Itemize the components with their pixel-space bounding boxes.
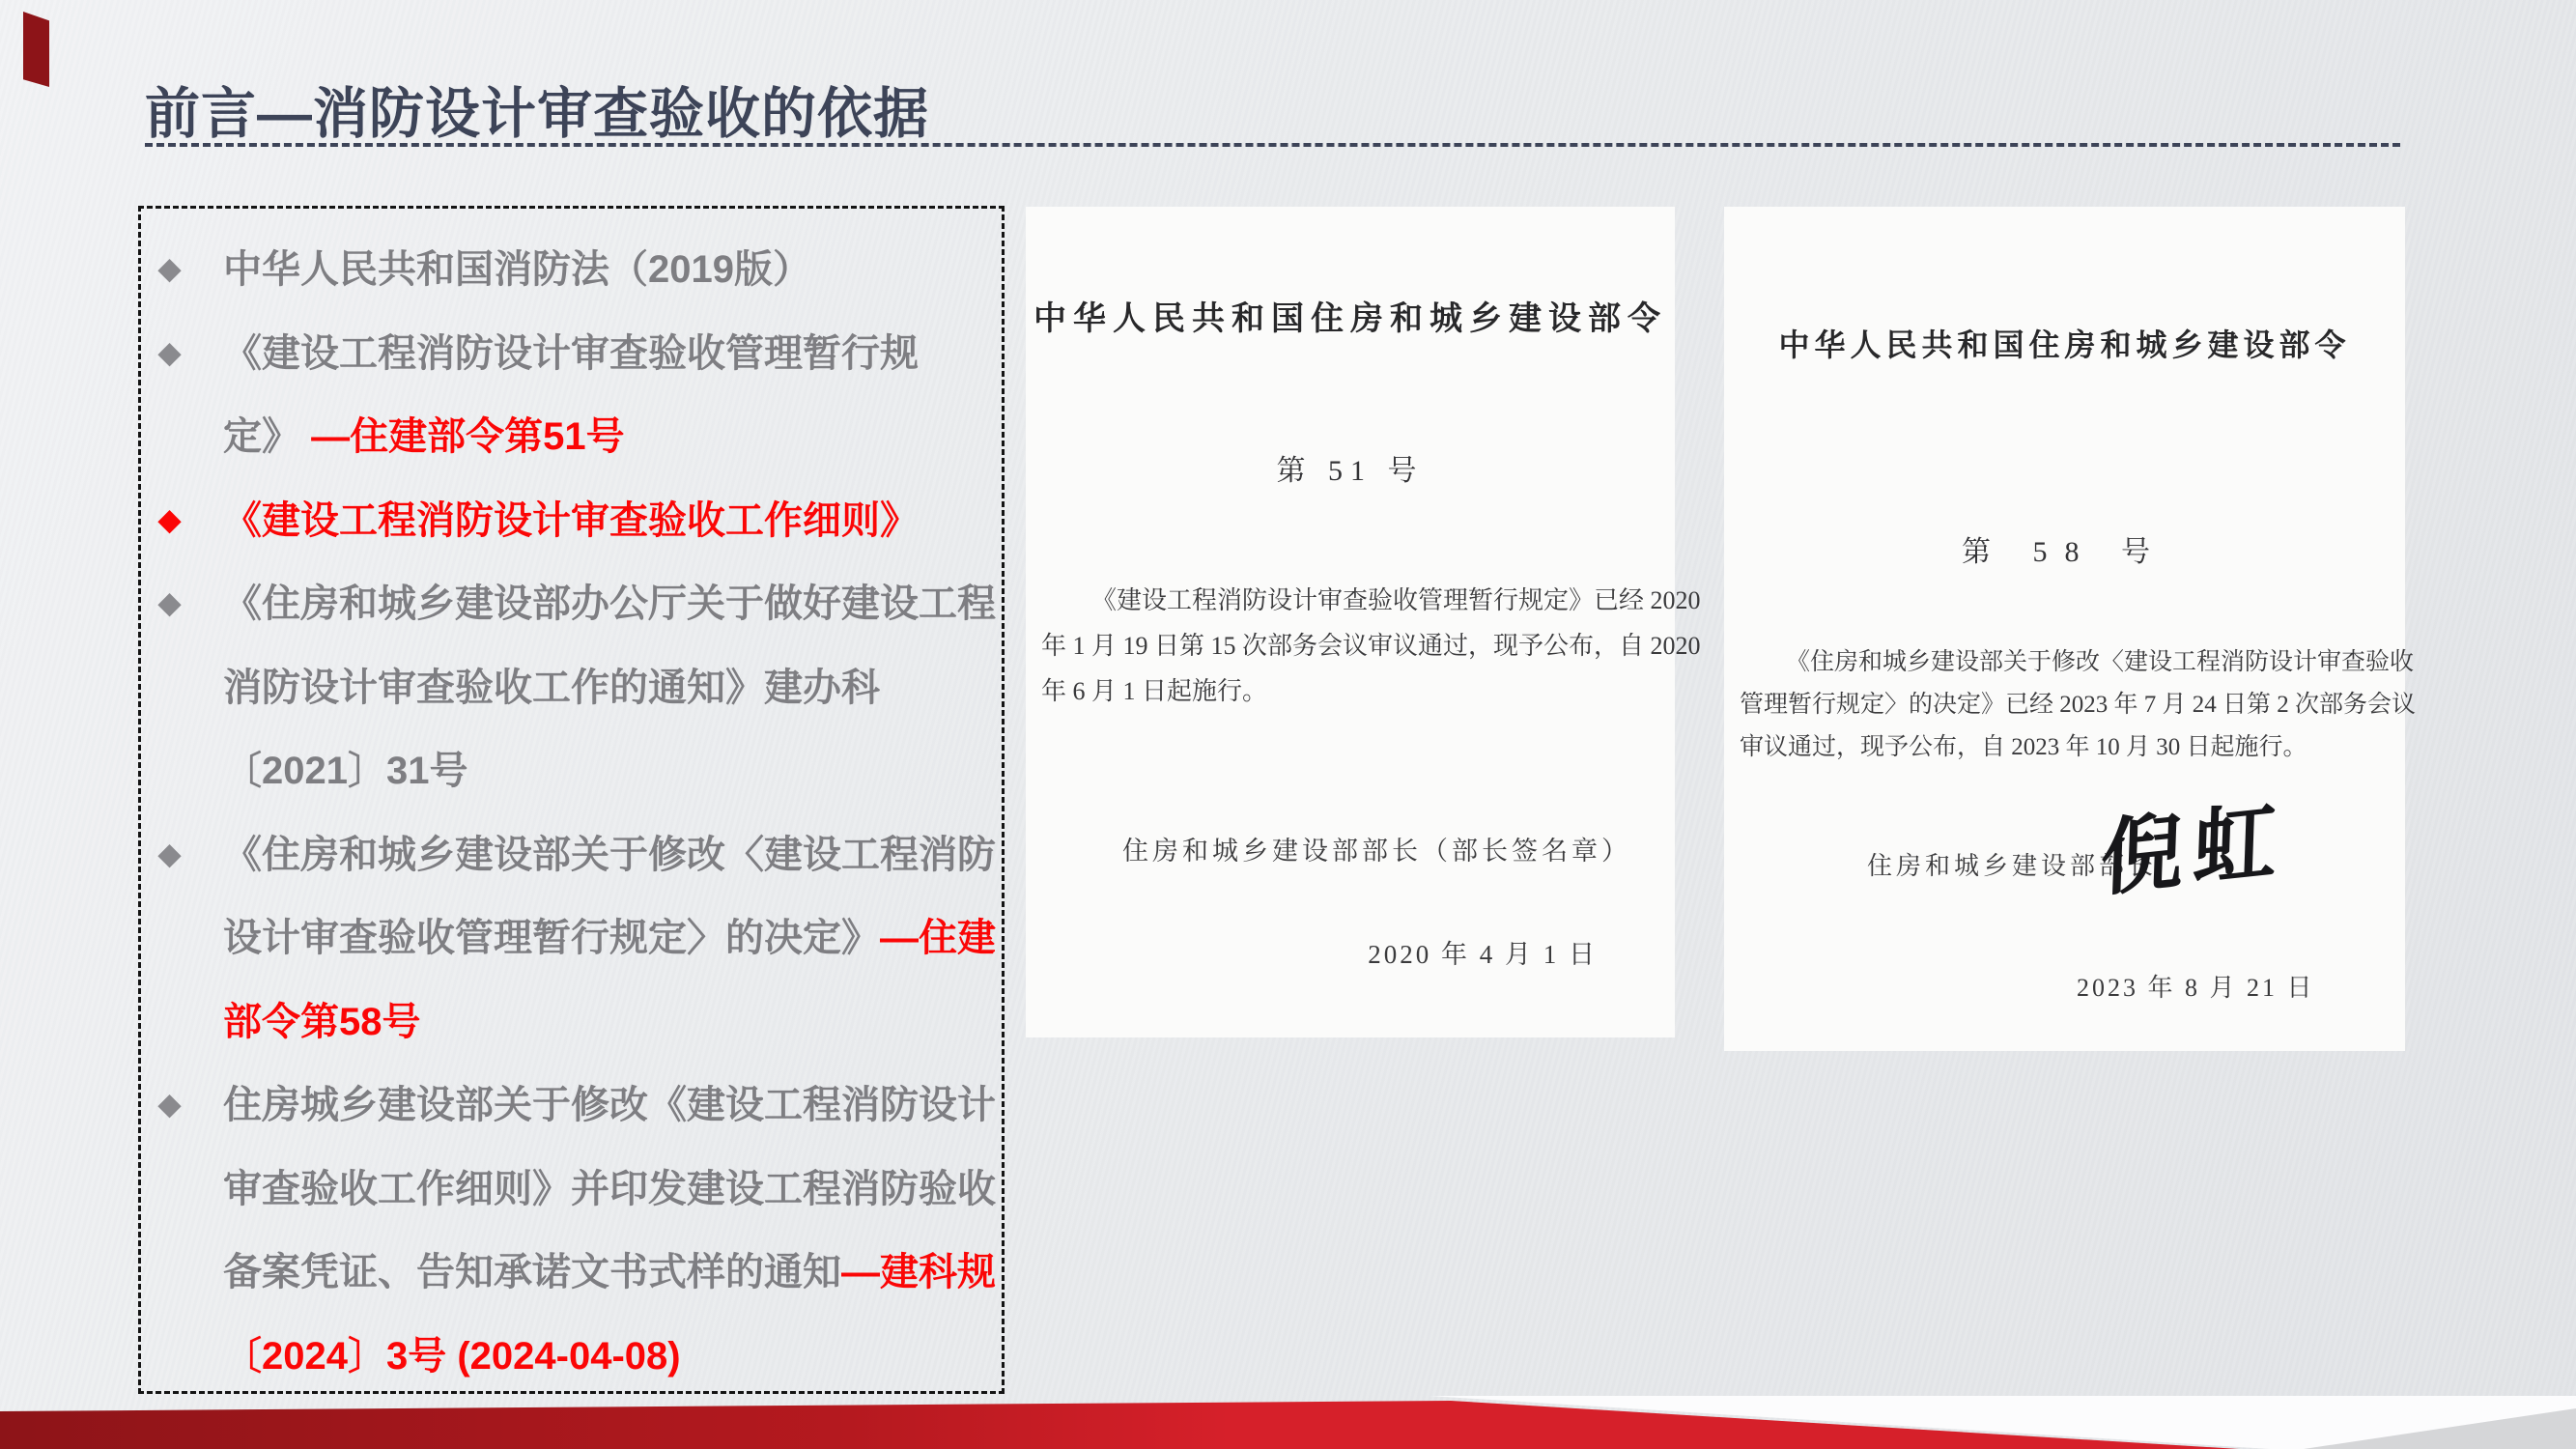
list-item-text: 《住房和城乡建设部办公厅关于做好建设工程 <box>223 582 996 625</box>
diamond-bullet-icon: ◆ <box>158 228 181 312</box>
doc58-body-line: 审议通过，现予公布，自 2023 年 10 月 30 日起施行。 <box>1740 726 2390 769</box>
doc58-body-line: 管理暂行规定〉的决定》已经 2023 年 7 月 24 日第 2 次部务会议 <box>1740 684 2390 726</box>
title-dashed-rule <box>145 114 2400 147</box>
doc51-body-line: 《建设工程消防设计审查验收管理暂行规定》已经 2020 <box>1041 578 1659 623</box>
list-item-text: 《建设工程消防设计审查验收工作细则》 <box>223 499 919 542</box>
list-item-line: 定》 —住建部令第51号 <box>141 395 1002 479</box>
list-item-text: 〔2021〕31号 <box>223 750 467 792</box>
doc58-date: 2023 年 8 月 21 日 <box>2077 968 2315 1004</box>
list-item-line: ◆《建设工程消防设计审查验收管理暂行规 <box>141 312 1002 396</box>
list-item-text: 《建设工程消防设计审查验收管理暂行规 <box>223 332 919 375</box>
doc58-title: 中华人民共和国住房和城乡建设部令 <box>1724 321 2405 365</box>
doc51-body: 《建设工程消防设计审查验收管理暂行规定》已经 2020 年 1 月 19 日第 … <box>1041 578 1659 714</box>
list-item-line: ◆《建设工程消防设计审查验收工作细则》 <box>141 479 1002 563</box>
corner-accent-mark <box>23 12 49 87</box>
doc51-body-line: 年 6 月 1 日起施行。 <box>1041 668 1659 714</box>
regulation-list-box: ◆中华人民共和国消防法（2019版）◆《建设工程消防设计审查验收管理暂行规定》 … <box>138 206 1005 1394</box>
list-item-line: ◆中华人民共和国消防法（2019版） <box>141 228 1002 312</box>
list-item-text: 中华人民共和国消防法（2019版） <box>223 248 811 291</box>
list-item-line: 部令第58号 <box>141 980 1002 1065</box>
doc51-date: 2020 年 4 月 1 日 <box>1368 933 1598 971</box>
diamond-bullet-icon: ◆ <box>158 562 181 646</box>
diamond-bullet-icon: ◆ <box>158 1064 181 1148</box>
bottom-ribbon-decoration <box>0 1396 2576 1449</box>
list-item-line: ◆住房城乡建设部关于修改《建设工程消防设计 <box>141 1064 1002 1148</box>
decree-document-51: 中华人民共和国住房和城乡建设部令 第 51 号 《建设工程消防设计审查验收管理暂… <box>1026 207 1675 1037</box>
list-item-line: 设计审查验收管理暂行规定〉的决定》—住建 <box>141 896 1002 980</box>
diamond-bullet-icon: ◆ <box>158 479 181 563</box>
doc51-title: 中华人民共和国住房和城乡建设部令 <box>1026 292 1675 339</box>
diamond-bullet-icon: ◆ <box>158 312 181 396</box>
minister-handwritten-signature: 倪虹 <box>2099 772 2287 912</box>
list-item-line: 备案凭证、告知承诺文书式样的通知—建科规 <box>141 1231 1002 1315</box>
list-item-line: ◆《住房和城乡建设部办公厅关于做好建设工程 <box>141 562 1002 646</box>
list-item-text: 《住房和城乡建设部关于修改〈建设工程消防 <box>223 834 996 876</box>
list-item-line: 消防设计审查验收工作的通知》建办科 <box>141 646 1002 730</box>
list-item-text: 设计审查验收管理暂行规定〉的决定》 <box>223 917 880 959</box>
list-item-line: 〔2021〕31号 <box>141 729 1002 813</box>
doc58-body: 《住房和城乡建设部关于修改〈建设工程消防设计审查验收 管理暂行规定〉的决定》已经… <box>1740 641 2390 769</box>
list-item-text: 定》 <box>223 415 300 458</box>
list-item-text: 备案凭证、告知承诺文书式样的通知 <box>223 1251 841 1293</box>
diamond-bullet-icon: ◆ <box>158 813 181 897</box>
doc51-number: 第 51 号 <box>1026 446 1675 489</box>
list-item-text: —住建 <box>880 917 996 959</box>
list-item-text: 部令第58号 <box>223 1001 421 1043</box>
doc51-signer: 住房和城乡建设部部长（部长签名章） <box>1122 830 1631 867</box>
list-item-text: —住建部令第51号 <box>300 415 625 458</box>
list-item-line: 〔2024〕3号 (2024-04-08) <box>141 1315 1002 1399</box>
decree-document-58: 中华人民共和国住房和城乡建设部令 第 58 号 《住房和城乡建设部关于修改〈建设… <box>1724 207 2405 1051</box>
list-item-text: 〔2024〕3号 (2024-04-08) <box>223 1335 681 1378</box>
list-item-line: ◆《住房和城乡建设部关于修改〈建设工程消防 <box>141 813 1002 897</box>
list-item-text: 审查验收工作细则》并印发建设工程消防验收 <box>223 1168 996 1210</box>
slide-canvas: 前言—消防设计审查验收的依据 ◆中华人民共和国消防法（2019版）◆《建设工程消… <box>0 0 2576 1449</box>
list-item-text: —建科规 <box>841 1251 996 1293</box>
doc51-body-line: 年 1 月 19 日第 15 次部务会议审议通过，现予公布，自 2020 <box>1041 623 1659 668</box>
doc58-body-line: 《住房和城乡建设部关于修改〈建设工程消防设计审查验收 <box>1740 641 2390 684</box>
list-item-text: 消防设计审查验收工作的通知》建办科 <box>223 667 880 709</box>
list-item-line: 审查验收工作细则》并印发建设工程消防验收 <box>141 1148 1002 1232</box>
doc58-number: 第 58 号 <box>1724 527 2405 570</box>
regulation-list: ◆中华人民共和国消防法（2019版）◆《建设工程消防设计审查验收管理暂行规定》 … <box>141 228 1002 1398</box>
list-item-text: 住房城乡建设部关于修改《建设工程消防设计 <box>223 1084 996 1126</box>
